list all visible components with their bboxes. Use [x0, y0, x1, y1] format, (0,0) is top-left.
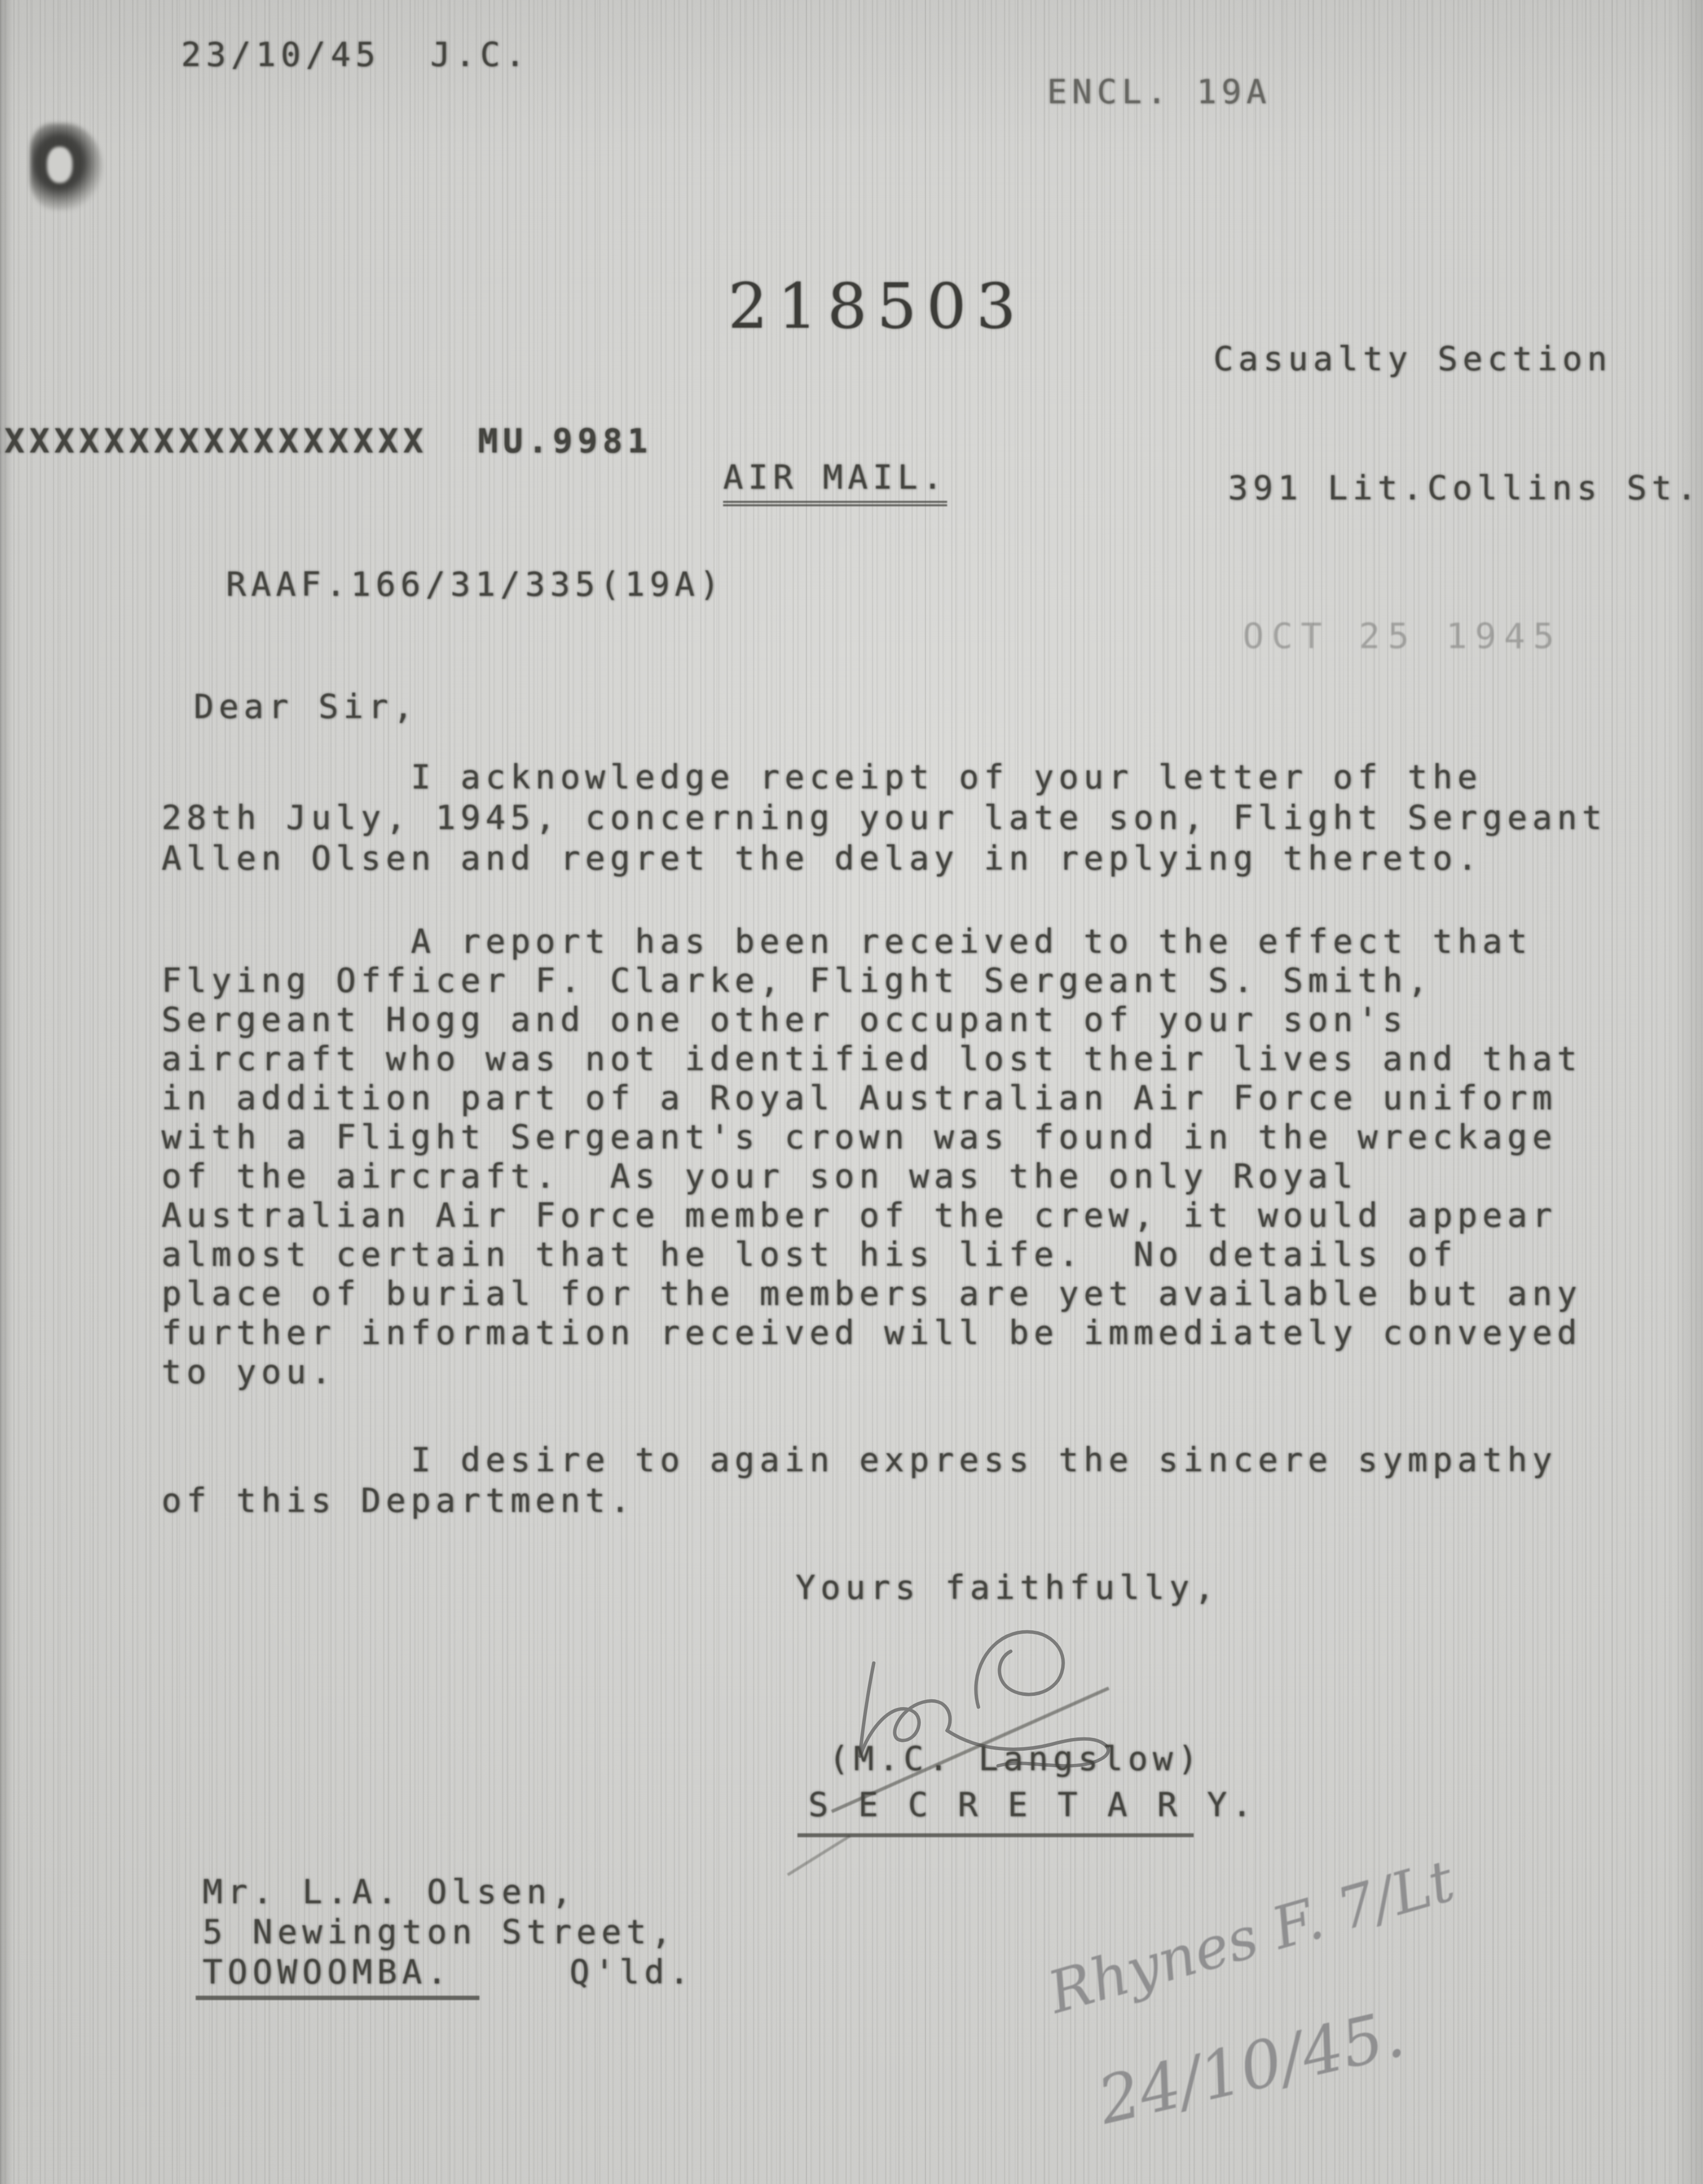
sender-address: 391 Lit.Collins St.,	[1228, 469, 1703, 509]
recipient-name: Mr. L.A. Olsen,	[203, 1872, 576, 1913]
signatory-title-underline	[797, 1833, 1194, 1837]
serial-number: 218503	[728, 270, 1026, 343]
paragraph-2: A report has been received to the effect…	[161, 923, 1582, 1392]
received-date-stamp: OCT 25 1945	[1243, 615, 1562, 656]
paragraph-1: I acknowledge receipt of your letter of …	[161, 757, 1607, 879]
paragraph-3: I desire to again express the sincere sy…	[161, 1440, 1557, 1521]
recipient-state: Q'ld.	[569, 1953, 694, 1993]
signatory-name: (M.C. Langslow)	[829, 1739, 1203, 1779]
sender-section: Casualty Section	[1213, 339, 1612, 380]
enclosure-label: ENCL. 19A	[1047, 72, 1271, 113]
recipient-street: 5 Newington Street,	[203, 1913, 676, 1953]
ink-smudge-highlight	[47, 147, 72, 183]
airmail-underlined-text: AIR MAIL.	[723, 458, 947, 506]
recipient-city-underline	[196, 1996, 479, 2000]
airmail-label: AIR MAIL.	[723, 458, 947, 498]
crossed-out-reference-row: XXXXXXXXXXXXXXXXXX MU.9981	[0, 422, 652, 462]
file-reference: RAAF.166/31/335(19A)	[226, 565, 725, 605]
closing-valediction: Yours faithfully,	[795, 1568, 1219, 1608]
salutation: Dear Sir,	[194, 687, 418, 727]
scanned-letter-page: { "letter": { "top_annotations": { "date…	[0, 0, 1703, 2184]
handstamp-date-initials: 23/10/45 J.C.	[181, 35, 530, 75]
recipient-city: TOOWOOMBA.	[203, 1953, 452, 1993]
